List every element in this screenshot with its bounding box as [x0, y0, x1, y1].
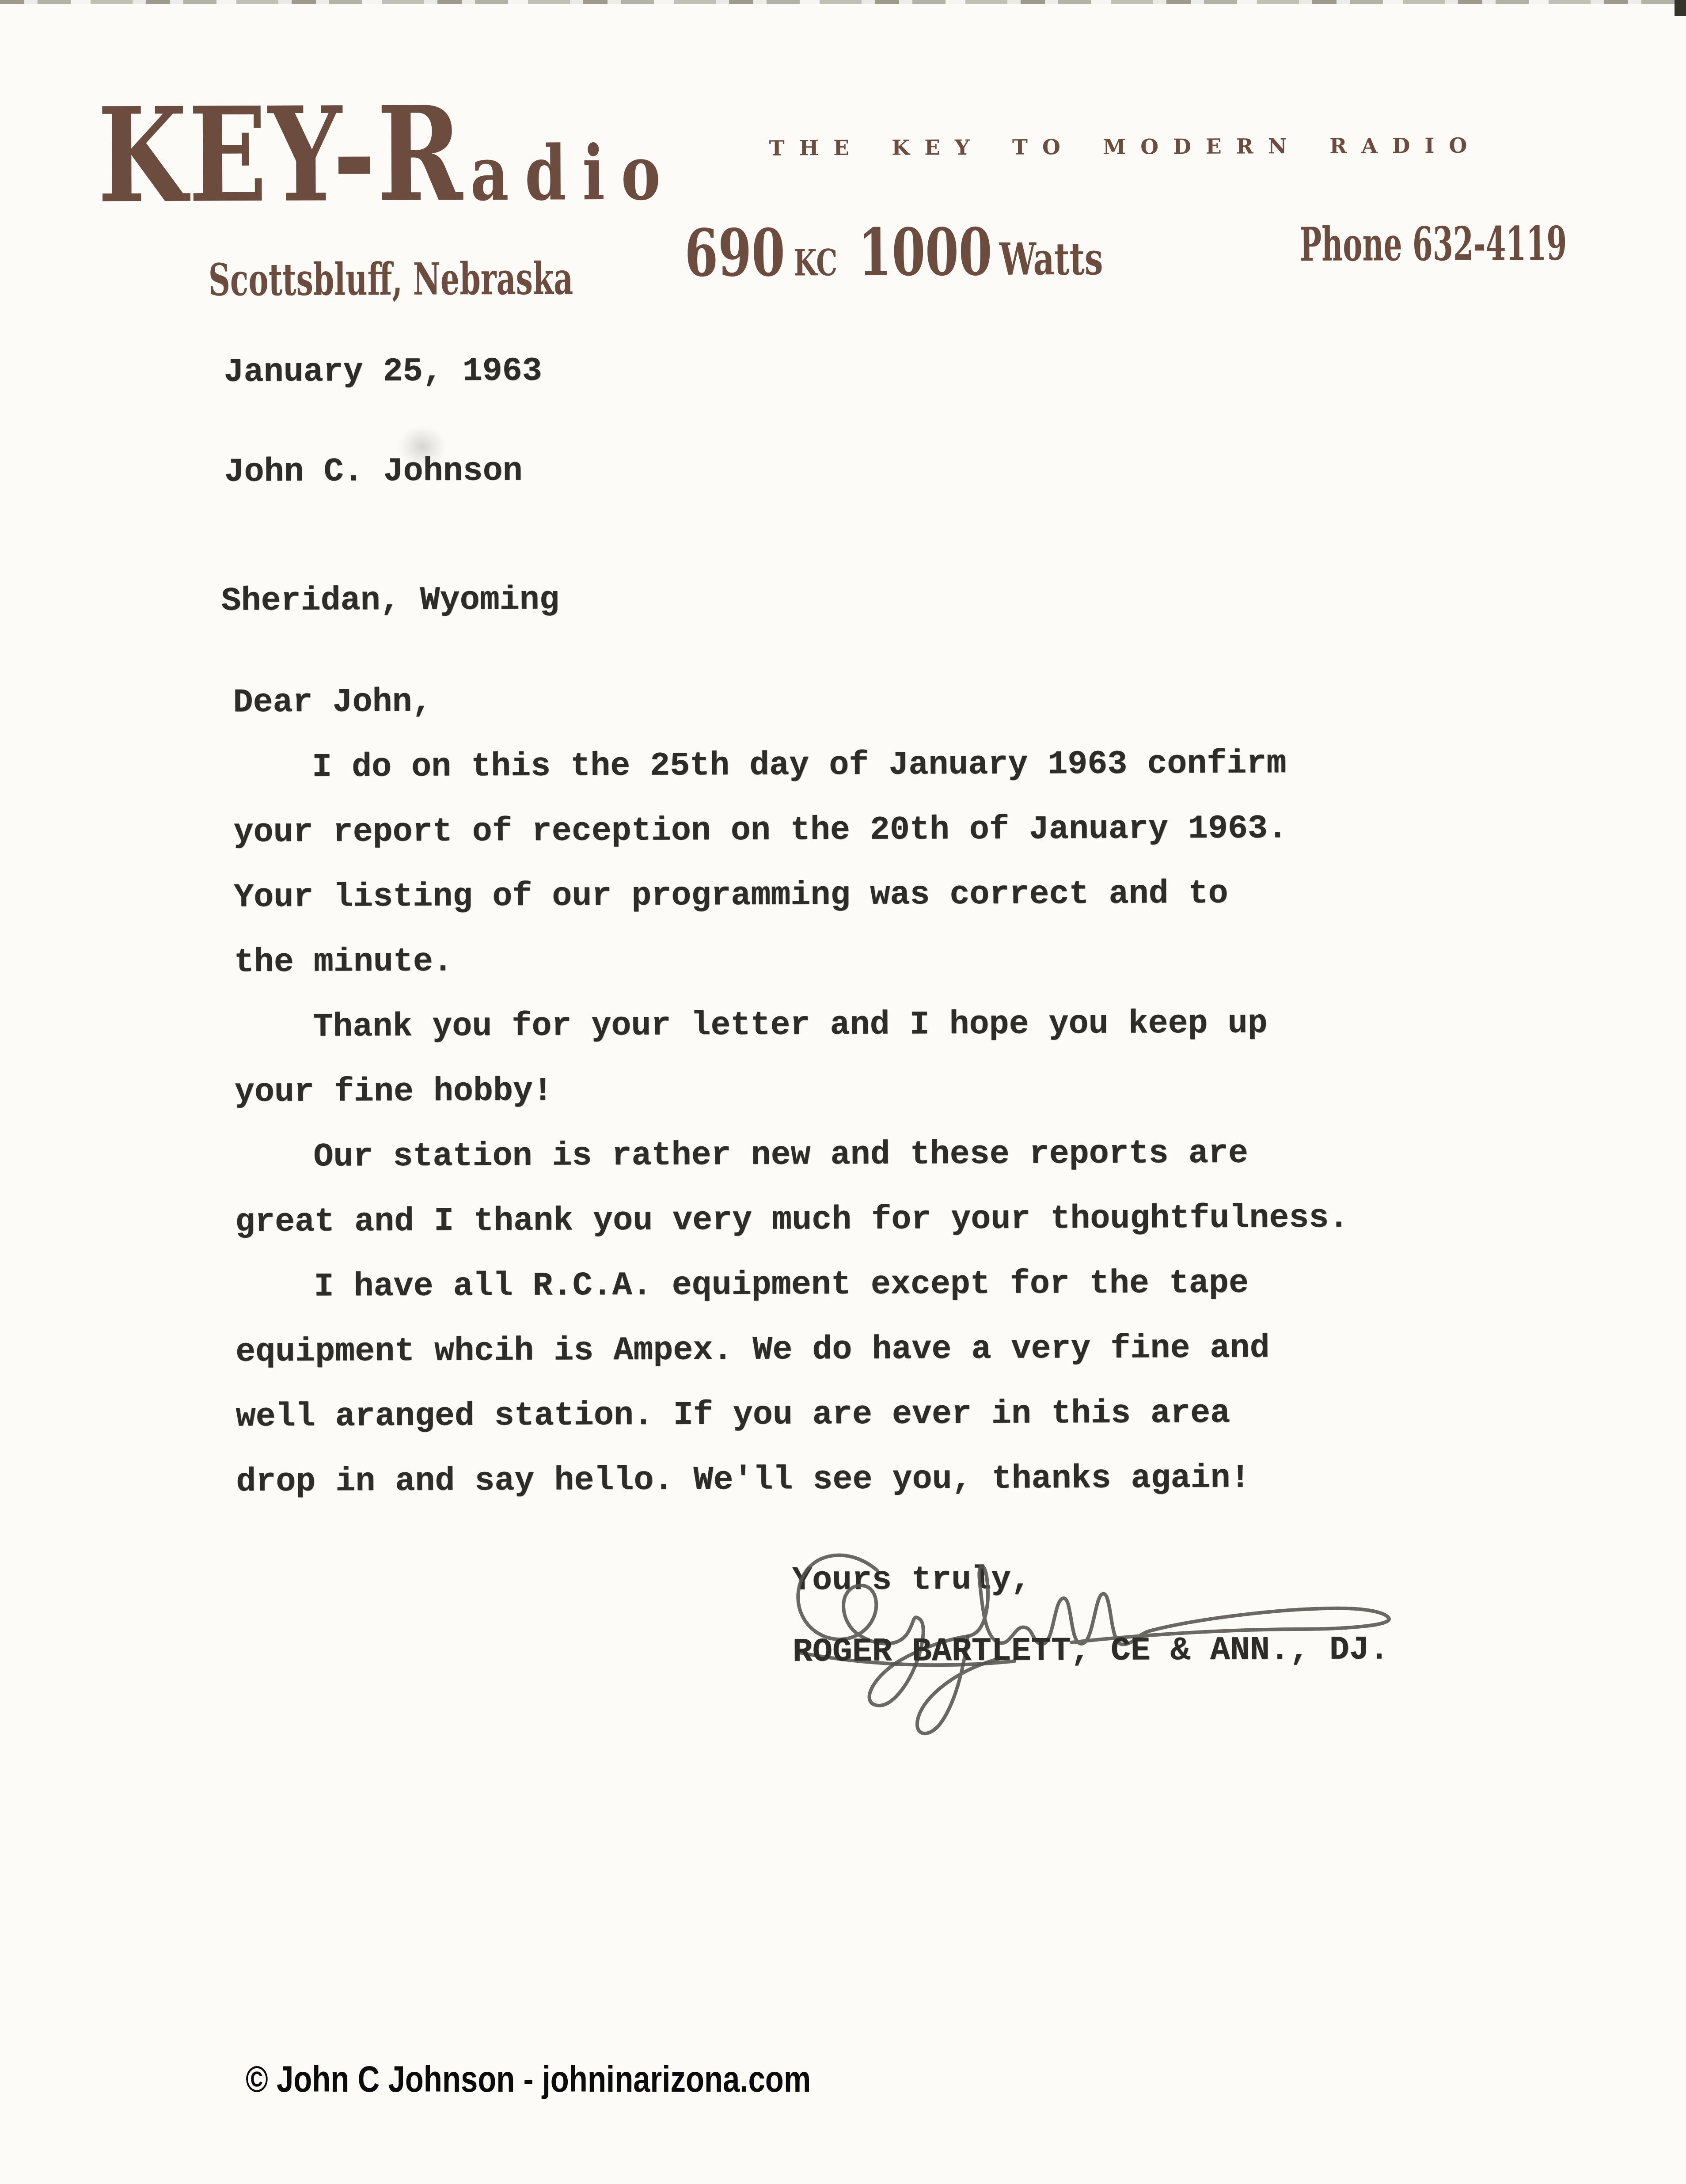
power-unit: Watts — [999, 237, 1103, 281]
recipient-name: John C. Johnson — [224, 455, 522, 489]
frequency-value: 690 — [684, 220, 785, 285]
body-line: Thank you for your letter and I hope you… — [234, 1007, 1348, 1076]
power-value: 1000 — [858, 220, 992, 285]
body-line: equipment whcih is Ampex. We do have a v… — [235, 1331, 1349, 1401]
body-line: your report of reception on the 20th of … — [234, 812, 1348, 881]
body-line: Our station is rather new and these repo… — [235, 1137, 1348, 1206]
letter-date: January 25, 1963 — [224, 355, 542, 389]
recipient-location: Sheridan, Wyoming — [221, 583, 559, 618]
signer-name-title: ROGER BARTLETT, CE & ANN., DJ. — [793, 1633, 1390, 1668]
body-line: great and I thank you very much for your… — [235, 1202, 1349, 1271]
body-line: I have all R.C.A. equipment except for t… — [235, 1266, 1349, 1336]
body-line: I do on this the 25th day of January 196… — [233, 747, 1347, 816]
station-logo-main-text: KEY-R — [97, 77, 464, 232]
body-line: your fine hobby! — [235, 1072, 1348, 1141]
frequency-power-line: 690 KC 1000 Watts — [684, 219, 1103, 286]
letter-body: Dear John, I do on this the 25th day of … — [233, 682, 1350, 1531]
station-logo-suffix-text: adio — [464, 129, 677, 218]
letter-scan: KEY-Radio Scottsbluff, Nebraska THE KEY … — [0, 0, 1686, 2184]
signature-main-stroke — [798, 1553, 1390, 1706]
station-phone: Phone 632-4119 — [1299, 220, 1567, 268]
frequency-unit: KC — [794, 245, 838, 281]
station-tagline: THE KEY TO MODERN RADIO — [769, 135, 1482, 159]
station-logo: KEY-Radio — [97, 88, 677, 220]
body-line: well aranged station. If you are ever in… — [236, 1396, 1350, 1466]
copyright-watermark: © John C Johnson - johninarizona.com — [246, 2060, 811, 2097]
scanned-letter-page: { "page": { "background_color": "#fcfbf7… — [0, 0, 1686, 2184]
body-line: Your listing of our programming was corr… — [234, 877, 1348, 946]
salutation: Dear John, — [233, 682, 1347, 751]
station-city-state: Scottsbluff, Nebraska — [209, 256, 573, 302]
body-line: the minute. — [234, 942, 1348, 1011]
